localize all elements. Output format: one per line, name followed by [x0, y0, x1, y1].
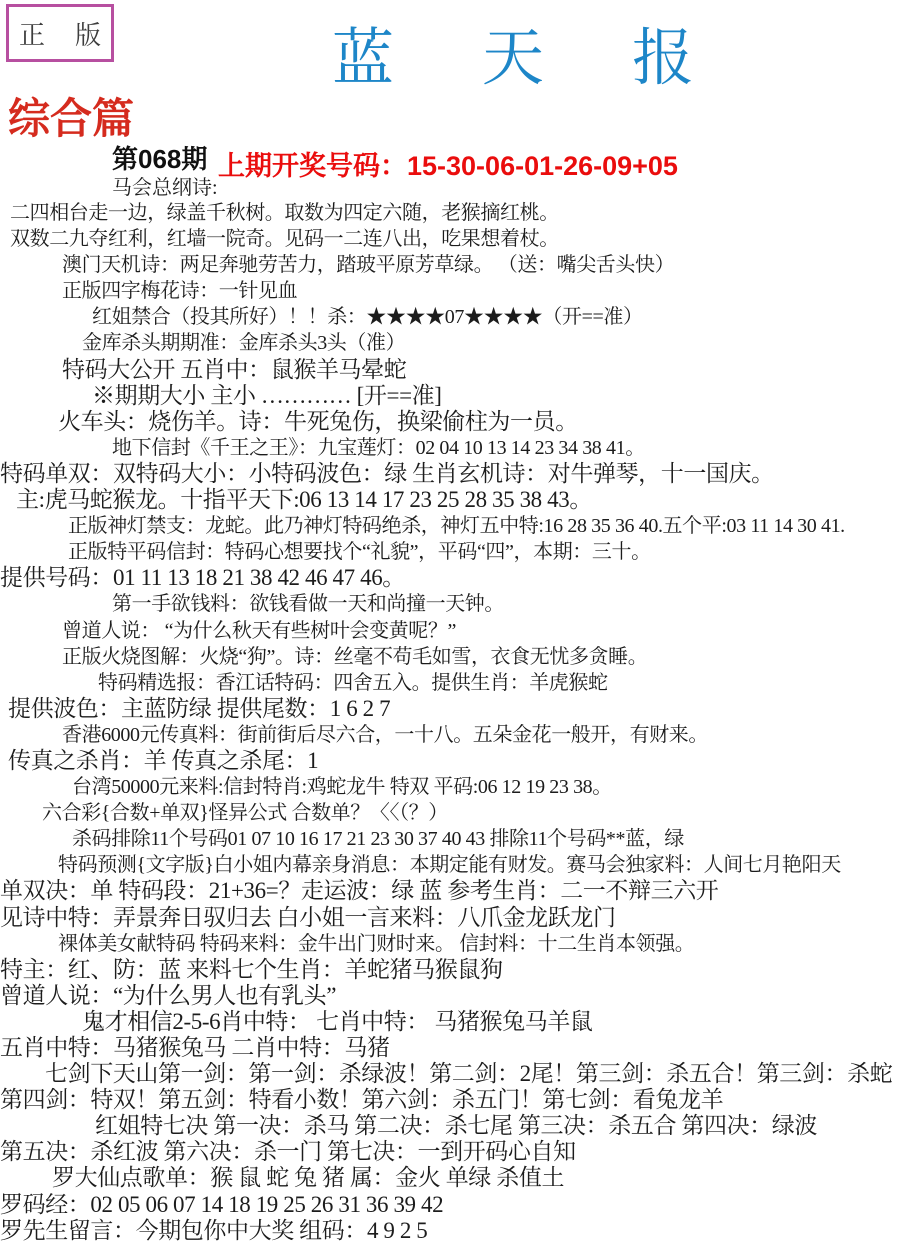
text-line: 五肖中特：马猪猴兔马 二肖中特：马猪	[0, 1035, 900, 1061]
text-line: 主:虎马蛇猴龙。十指平天下:06 13 14 17 23 25 28 35 38…	[0, 487, 900, 513]
text-line: 火车头：烧伤羊。诗：牛死兔伤，换梁偷柱为一员。	[0, 409, 900, 435]
text-line: ※期期大小 主小 ………… [开==准]	[0, 383, 900, 409]
text-line: 地下信封《千王之王》：九宝莲灯：02 04 10 13 14 23 34 38 …	[0, 435, 900, 461]
text-line: 曾道人说：“为什么男人也有乳头”	[0, 983, 900, 1009]
text-line: 红姐特七决 第一决：杀马 第二决：杀七尾 第三决：杀五合 第四决：绿波	[0, 1113, 900, 1139]
poem-intro: 马会总纲诗:	[112, 171, 218, 200]
text-line: 正版特平码信封：特码心想要找个“礼貌”，平码“四”，本期：三十。	[0, 539, 900, 565]
newspaper-page: 正版 蓝天报 综合篇 第068期 上期开奖号码：15-30-06-01-26-0…	[0, 0, 900, 1243]
text-line: 金库杀头期期准：金库杀头3头（准）	[0, 330, 900, 356]
page-title: 蓝天报	[332, 8, 782, 97]
text-line: 特码预测{文字版}白小姐内幕亲身消息：本期定能有财发。赛马会独家料：人间七月艳阳…	[0, 852, 900, 878]
text-line: 罗大仙点歌单：猴 鼠 蛇 兔 猪 属：金火 单绿 杀值土	[0, 1165, 900, 1191]
text-line: 双数二九夺红利，红墙一院奇。见码一二连八出，吃果想着杖。	[0, 226, 900, 252]
text-line: 正版四字梅花诗：一针见血	[0, 278, 900, 304]
text-line: 澳门天机诗：两足奔驰劳苦力，踏玻平原芳草绿。 （送：嘴尖舌头快）	[0, 252, 900, 278]
text-line: 二四相台走一边，绿盖千秋树。取数为四定六随，老猴摘红桃。	[0, 200, 900, 226]
text-line: 曾道人说： “为什么秋天有些树叶会变黄呢？”	[0, 618, 900, 644]
text-line: 特码单双：双特码大小：小特码波色：绿 生肖玄机诗：对牛弹琴，十一国庆。	[0, 461, 900, 487]
text-line: 特主：红、防：蓝 来料七个生肖：羊蛇猪马猴鼠狗	[0, 957, 900, 983]
text-line: 红姐禁合（投其所好）！！杀：★★★★07★★★★（开==准）	[0, 304, 900, 330]
text-line: 第四剑：特双！第五剑：特看小数！第六剑：杀五门！第七剑：看兔龙羊	[0, 1087, 900, 1113]
text-line: 特码大公开 五肖中：鼠猴羊马晕蛇	[0, 357, 900, 383]
text-line: 第一手欲钱料：欲钱看做一天和尚撞一天钟。	[0, 591, 900, 617]
text-line: 正版神灯禁支：龙蛇。此乃神灯特码绝杀，神灯五中特:16 28 35 36 40.…	[0, 513, 900, 539]
text-line: 传真之杀肖：羊 传真之杀尾：1	[0, 748, 900, 774]
text-line: 七剑下天山第一剑：第一剑：杀绿波！第二剑：2尾！第三剑：杀五合！第三剑：杀蛇	[0, 1061, 900, 1087]
text-line: 香港6000元传真料：街前街后尽六合，一十八。五朵金花一般开，有财来。	[0, 722, 900, 748]
text-line: 提供波色：主蓝防绿 提供尾数：1 6 2 7	[0, 696, 900, 722]
body-lines: 二四相台走一边，绿盖千秋树。取数为四定六随，老猴摘红桃。双数二九夺红利，红墙一院…	[0, 200, 900, 1243]
text-line: 第五决：杀红波 第六决：杀一门 第七决：一到开码心自知	[0, 1139, 900, 1165]
badge-label: 正版	[0, 15, 131, 52]
text-line: 罗先生留言：今期包你中大奖 组码：4 9 2 5	[0, 1218, 900, 1243]
text-line: 特码精选报：香江话特码：四舍五入。提供生肖：羊虎猴蛇	[0, 670, 900, 696]
text-line: 六合彩{合数+单双}怪异公式 合数单？〈〈（？）	[0, 800, 900, 826]
text-line: 罗码经：02 05 06 07 14 18 19 25 26 31 36 39 …	[0, 1192, 900, 1218]
section-title: 综合篇	[8, 86, 134, 146]
text-line: 鬼才相信2-5-6肖中特： 七肖中特： 马猪猴兔马羊鼠	[0, 1009, 900, 1035]
text-line: 提供号码：01 11 13 18 21 38 42 46 47 46。	[0, 565, 900, 591]
text-line: 正版火烧图解：火烧“狗”。诗：丝毫不苟毛如雪，衣食无忧多贪睡。	[0, 644, 900, 670]
authentic-badge: 正版	[6, 4, 114, 62]
text-line: 见诗中特：弄景奔日驭归去 白小姐一言来料：八爪金龙跃龙门	[0, 905, 900, 931]
text-line: 裸体美女献特码 特码来料：金牛出门财时来。 信封料：十二生肖本领强。	[0, 931, 900, 957]
last-draw-numbers: 上期开奖号码：15-30-06-01-26-09+05	[218, 144, 678, 183]
text-line: 杀码排除11个号码01 07 10 16 17 21 23 30 37 40 4…	[0, 826, 900, 852]
text-line: 台湾50000元来料:信封特肖:鸡蛇龙牛 特双 平码:06 12 19 23 3…	[0, 774, 900, 800]
text-line: 单双决：单 特码段：21+36=？走运波：绿 蓝 参考生肖：二一不辩三六开	[0, 878, 900, 904]
